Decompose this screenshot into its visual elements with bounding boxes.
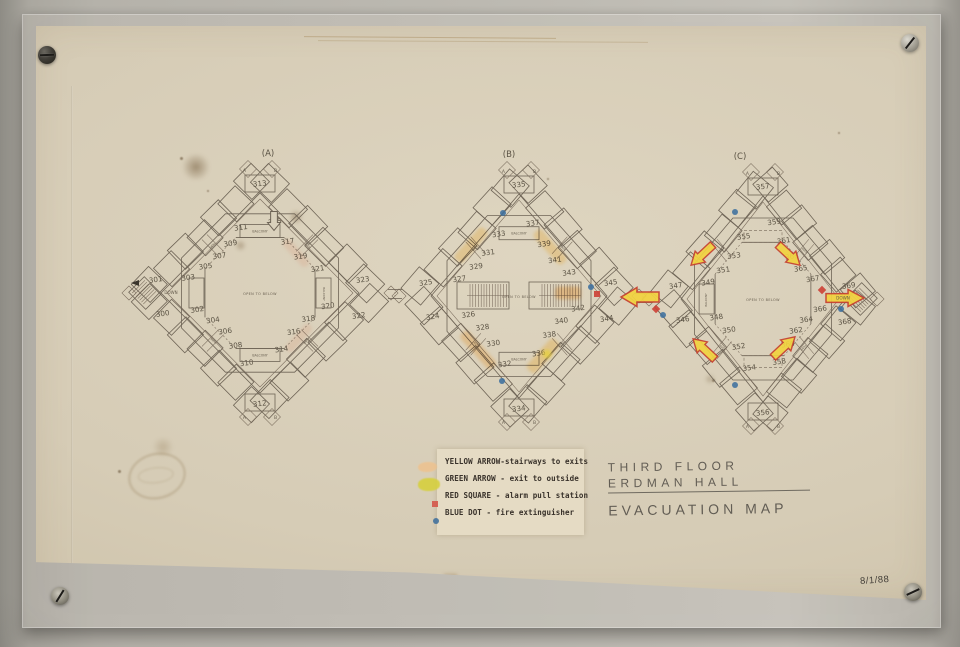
legend: YELLOW ARROW-stairways to exitsGREEN ARR… bbox=[418, 449, 584, 535]
legend-swatch-yellow-arrow bbox=[418, 462, 437, 473]
speck bbox=[118, 470, 121, 473]
stain bbox=[288, 210, 304, 224]
legend-item-green-arrow: GREEN ARROW - exit to outside bbox=[445, 474, 584, 484]
legend-item-blue-dot: BLUE DOT - fire extinguisher bbox=[445, 508, 584, 518]
paper-edge-line bbox=[318, 40, 648, 43]
mounting-screw bbox=[904, 583, 922, 601]
title-line-hall: ERDMAN HALL bbox=[608, 473, 820, 492]
screw-slot bbox=[55, 590, 64, 603]
legend-box: YELLOW ARROW-stairways to exitsGREEN ARR… bbox=[437, 449, 584, 535]
speck bbox=[838, 132, 840, 134]
stain bbox=[181, 154, 211, 180]
mounting-screw bbox=[51, 587, 69, 605]
legend-swatch-blue-dot bbox=[433, 518, 439, 524]
legend-swatch-red-square bbox=[432, 501, 438, 507]
legend-item-yellow-arrow: YELLOW ARROW-stairways to exits bbox=[445, 457, 584, 467]
photo-of-framed-evacuation-map: { "title_block": { "line1": "THIRD FLOOR… bbox=[0, 0, 960, 647]
screw-slot bbox=[905, 37, 915, 49]
legend-item-red-square: RED SQUARE - alarm pull station bbox=[445, 491, 584, 501]
speck bbox=[712, 379, 715, 382]
paper-edge-line bbox=[304, 36, 556, 39]
faded-stamp bbox=[123, 447, 190, 506]
title-line-map: EVACUATION MAP bbox=[608, 500, 820, 519]
screw-slot bbox=[40, 54, 54, 56]
speck bbox=[180, 157, 183, 160]
speck bbox=[207, 190, 209, 192]
mounting-screw bbox=[38, 46, 56, 64]
date-note: 8/1/88 bbox=[860, 574, 890, 587]
mounting-screw bbox=[901, 34, 919, 52]
paper-crease bbox=[71, 86, 73, 566]
screw-slot bbox=[906, 588, 920, 596]
speck bbox=[547, 178, 549, 180]
title-block: THIRD FLOOR ERDMAN HALL EVACUATION MAP bbox=[608, 457, 821, 519]
stain bbox=[234, 240, 247, 251]
